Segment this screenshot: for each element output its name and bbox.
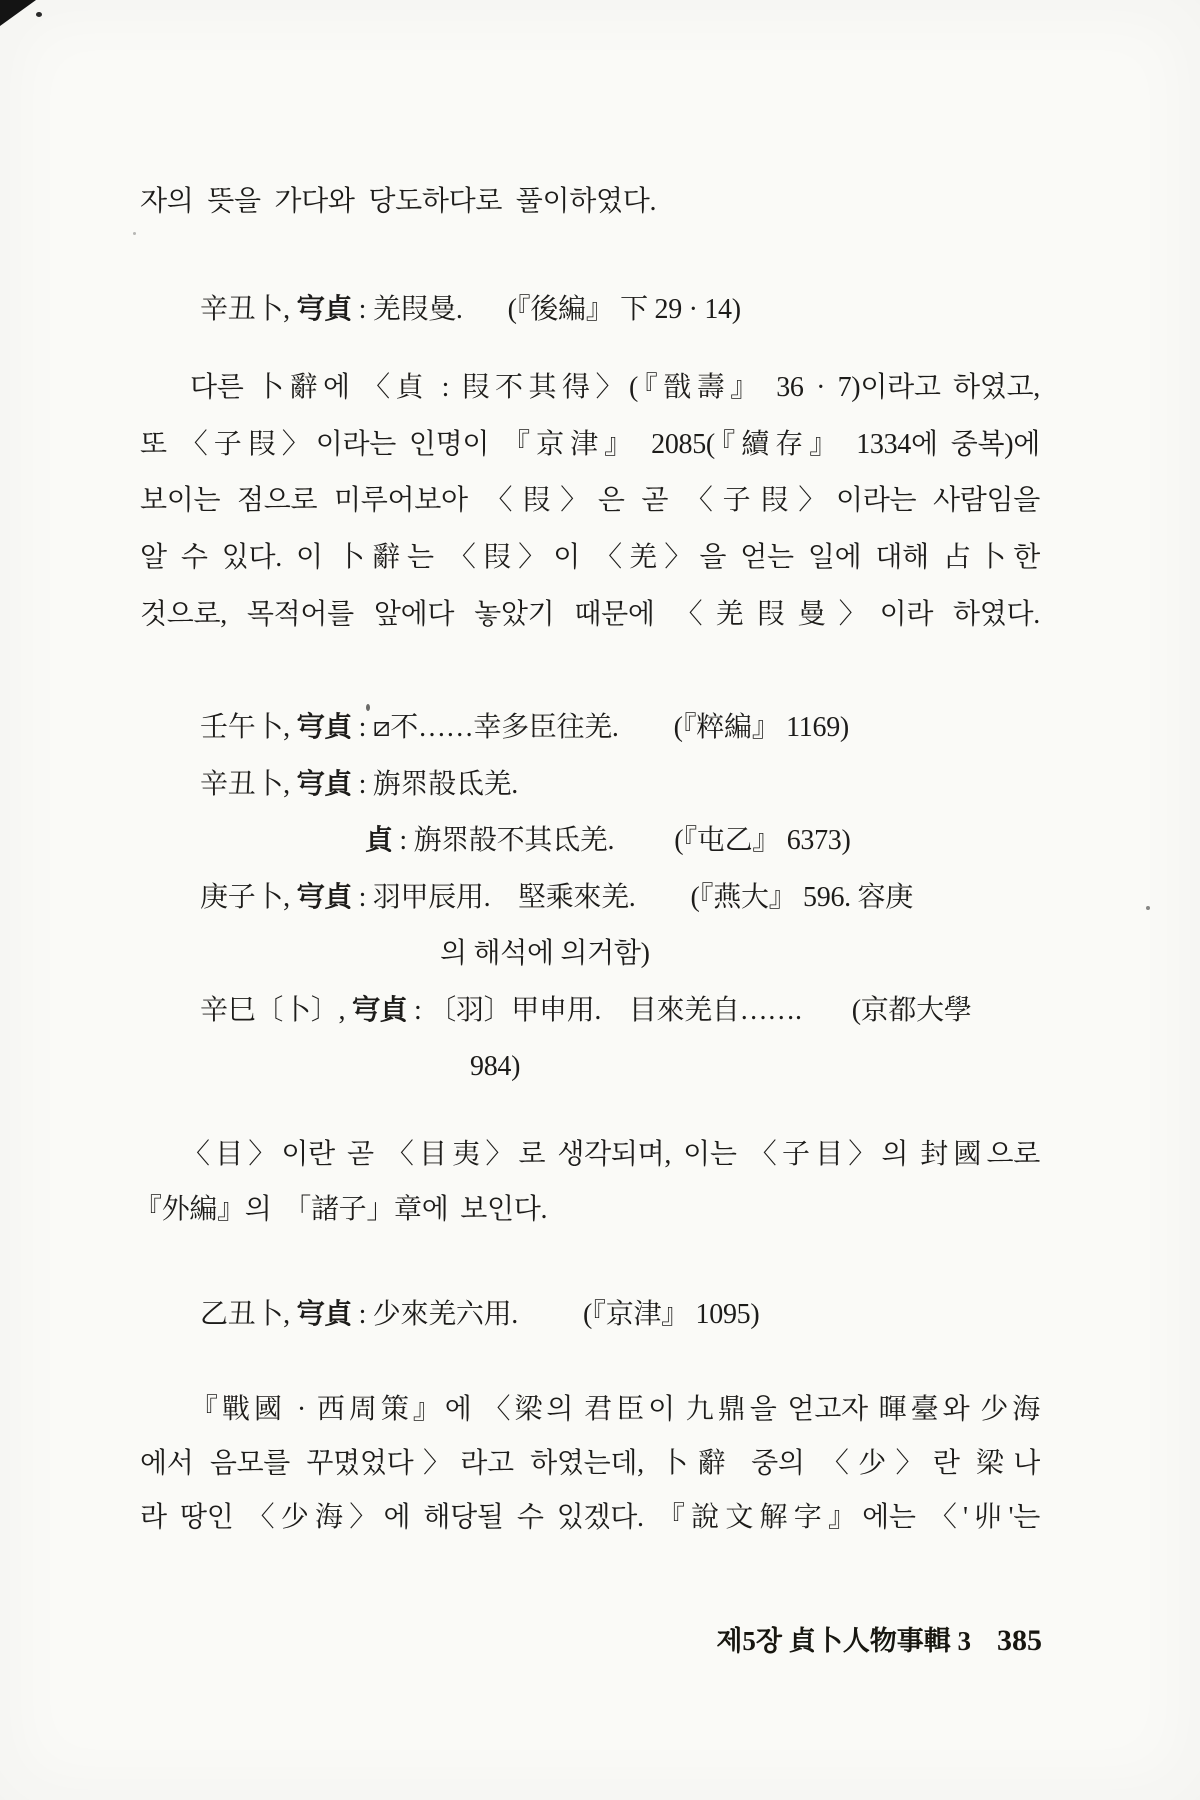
- body-line: 에서 음모를 꾸몄었다〉라고 하였는데, 卜辭 중의 〈少〉란 梁나: [140, 1447, 1040, 1483]
- citation: (『京津』 1095): [583, 1299, 759, 1330]
- citation: (『屯乙』 6373): [674, 825, 850, 856]
- quote-inscription: : ⧄不……幸多臣往羌.: [352, 712, 619, 743]
- oracle-quote-line: 辛丑卜, 宆貞 : 旃眔㱿氐羌.: [200, 768, 518, 802]
- body-line: 『外編』의 「諸子」章에 보인다.: [134, 1193, 547, 1227]
- quote-inscription: : 旃眔㱿不其氐羌.: [393, 825, 614, 856]
- quote-inscription: : 〔羽〕甲申用. 目來羌自…….: [407, 995, 801, 1026]
- body-line: 보이는 점으로 미루어보아 〈叚〉은 곧 〈子叚〉이라는 사람임을: [140, 484, 1040, 520]
- citation-continuation: 의 해석에 의거함): [440, 937, 650, 971]
- page-number: 385: [997, 1624, 1042, 1657]
- oracle-quote-line: 乙丑卜, 宆貞 : 少來羌六用.(『京津』 1095): [200, 1298, 759, 1332]
- citation: 의 해석에 의거함): [440, 938, 650, 969]
- scan-speck: [133, 232, 136, 235]
- citation-continuation: 984): [470, 1050, 520, 1084]
- oracle-quote-line: 庚子卜, 宆貞 : 羽甲辰用. 堅乘來羌.(『燕大』 596. 容庚: [200, 881, 913, 915]
- citation: (京都大學: [852, 995, 972, 1026]
- citation: (『燕大』 596. 容庚: [691, 882, 913, 913]
- scan-speck: [1146, 906, 1150, 910]
- body-line: 『戰國 · 西周策』에 〈梁의 君臣이 九鼎을 얻고자 暉臺와 少海: [140, 1393, 1040, 1429]
- quote-date: 辛丑卜,: [200, 769, 297, 800]
- body-line: 자의 뜻을 가다와 당도하다로 풀이하였다.: [140, 185, 656, 219]
- body-line: 또 〈子叚〉이라는 인명이 『京津』 2085(『續存』 1334에 중복)에: [140, 428, 1040, 464]
- diviner-name: 貞: [365, 825, 393, 856]
- chapter-heading: 제5장 貞卜人物事輯 3: [716, 1626, 971, 1656]
- quote-inscription: : 少來羌六用.: [352, 1299, 518, 1330]
- diviner-name: 宆貞: [352, 995, 407, 1026]
- quote-date: 辛丑卜,: [200, 294, 297, 325]
- quote-date: 庚子卜,: [200, 882, 297, 913]
- quote-date: 辛巳〔卜〕,: [200, 995, 352, 1026]
- quote-inscription: : 羌叚曼.: [352, 294, 463, 325]
- oracle-quote-line: 辛丑卜, 宆貞 : 羌叚曼.(『後編』 下 29 · 14): [200, 293, 741, 327]
- citation: (『後編』 下 29 · 14): [508, 294, 741, 325]
- scan-corner-mark: [0, 0, 36, 26]
- diviner-name: 宆貞: [297, 294, 352, 325]
- citation: (『粹編』 1169): [674, 712, 849, 743]
- page-footer: 제5장 貞卜人物事輯 3385: [716, 1624, 1042, 1658]
- citation: 984): [470, 1051, 520, 1082]
- quote-date: 壬午卜,: [200, 712, 297, 743]
- body-line: 것으로, 목적어를 앞에다 놓았기 때문에 〈羌叚曼〉이라 하였다.: [140, 598, 1040, 634]
- scanned-book-page: 자의 뜻을 가다와 당도하다로 풀이하였다. 辛丑卜, 宆貞 : 羌叚曼.(『後…: [0, 0, 1200, 1800]
- scan-speck: [36, 12, 42, 17]
- scan-speck: [366, 704, 370, 711]
- quote-date: 乙丑卜,: [200, 1299, 297, 1330]
- oracle-quote-line: 壬午卜, 宆貞 : ⧄不……幸多臣往羌.(『粹編』 1169): [200, 711, 849, 745]
- quote-inscription: : 羽甲辰用. 堅乘來羌.: [352, 882, 636, 913]
- quote-inscription: : 旃眔㱿氐羌.: [352, 769, 518, 800]
- diviner-name: 宆貞: [297, 712, 352, 743]
- body-line: 〈目〉이란 곧 〈目夷〉로 생각되며, 이는 〈子目〉의 封國으로: [140, 1138, 1040, 1174]
- body-line: 라 땅인 〈少海〉에 해당될 수 있겠다. 『說文解字』에는 〈'丱'는: [140, 1501, 1040, 1537]
- diviner-name: 宆貞: [297, 769, 352, 800]
- oracle-quote-line: 貞 : 旃眔㱿不其氐羌.(『屯乙』 6373): [365, 824, 851, 858]
- oracle-quote-line: 辛巳〔卜〕, 宆貞 : 〔羽〕甲申用. 目來羌自…….(京都大學: [200, 994, 972, 1028]
- diviner-name: 宆貞: [297, 882, 352, 913]
- body-line: 알 수 있다. 이 卜辭는 〈叚〉이 〈羌〉을 얻는 일에 대해 占卜한: [140, 541, 1040, 577]
- body-line: 다른 卜辭에 〈貞 : 叚不其得〉(『戩壽』 36 · 7)이라고 하였고,: [140, 371, 1040, 407]
- diviner-name: 宆貞: [297, 1299, 352, 1330]
